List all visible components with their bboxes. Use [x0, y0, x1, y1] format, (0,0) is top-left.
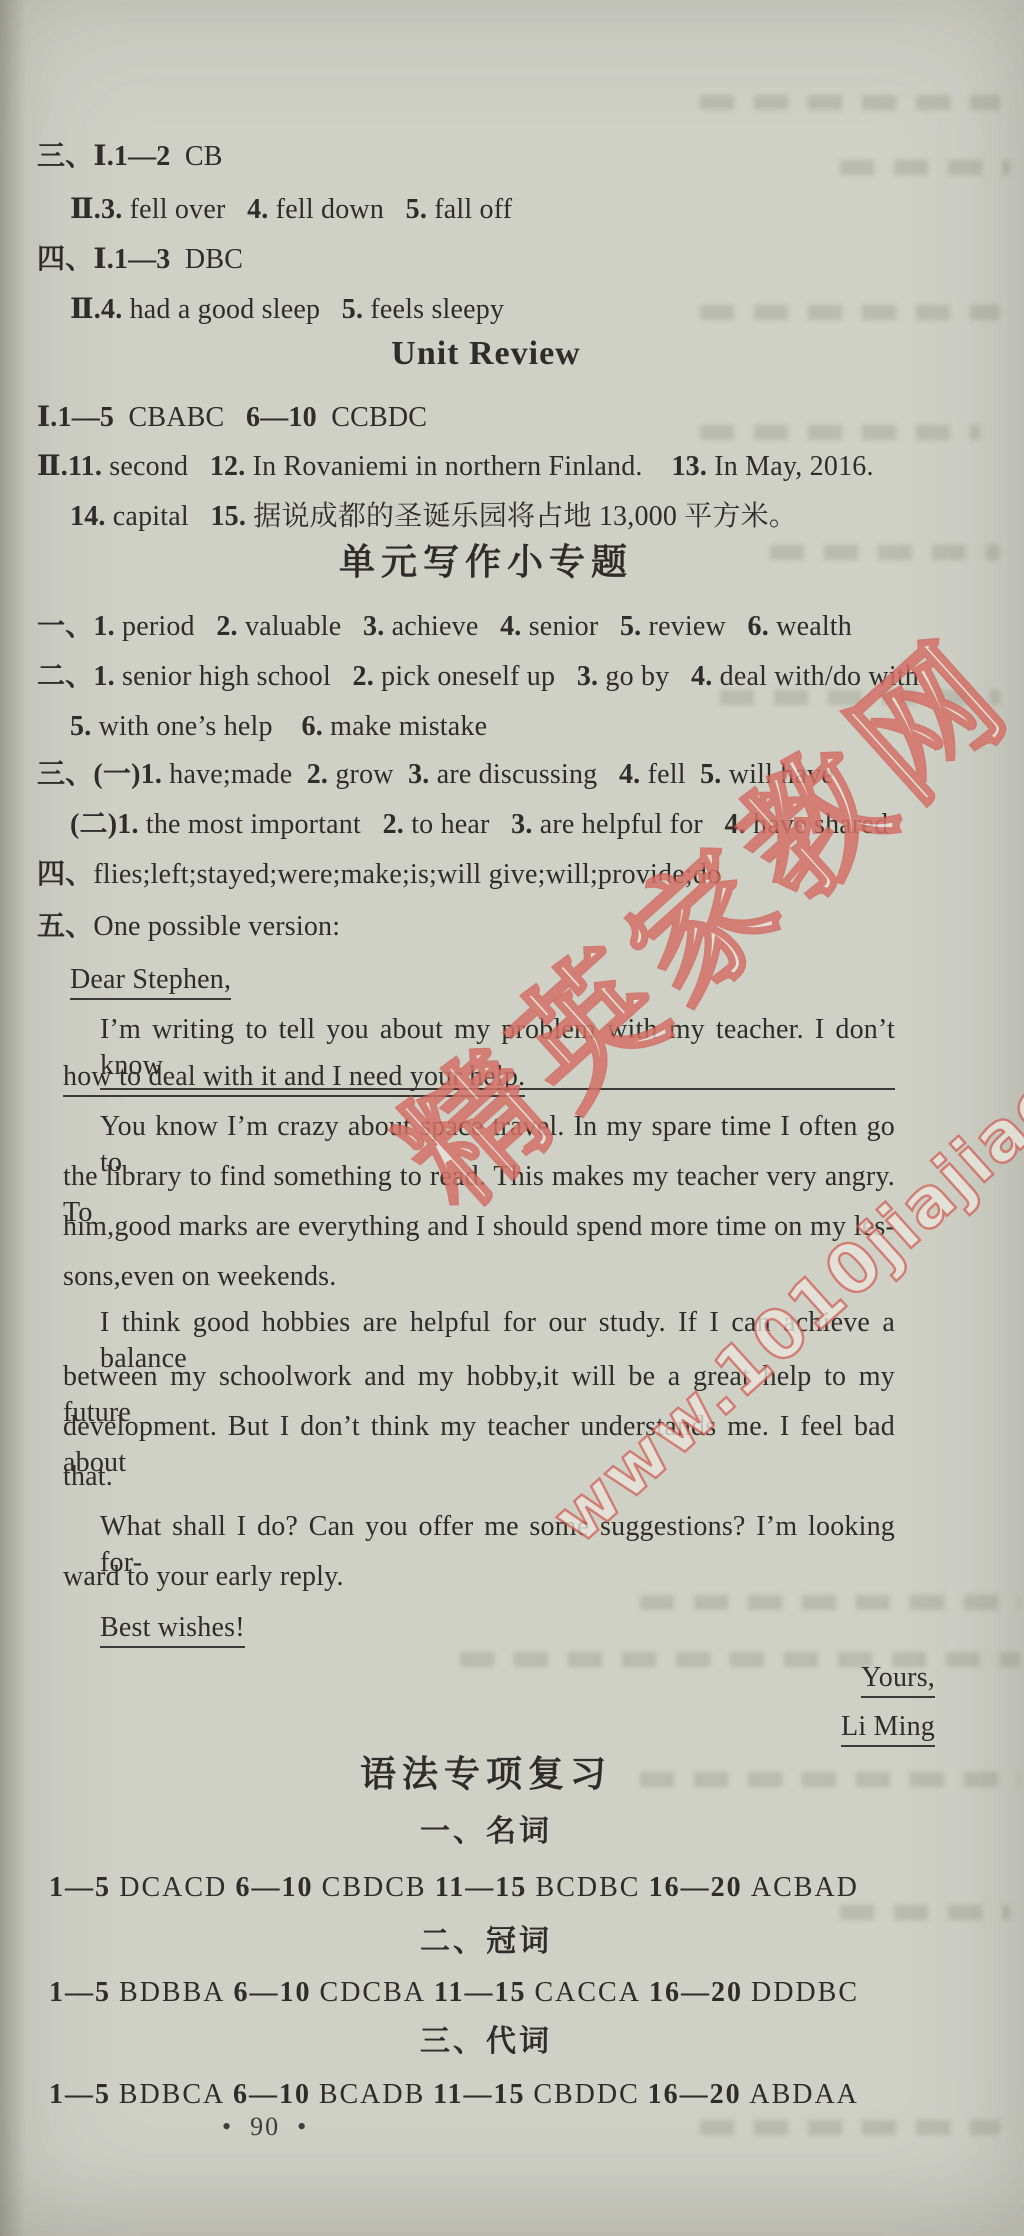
answer-row: 1—5DCACD6—10CBDCB11—15BCDBC16—20ACBAD	[49, 1870, 859, 1906]
essay-line: ward to your early reply.	[63, 1559, 344, 1595]
text-line: Ⅱ.3. fell over 4. fell down 5. fall off	[70, 192, 512, 228]
heading-articles: 二、冠词	[37, 1924, 935, 1960]
heading-nouns: 一、名词	[37, 1814, 935, 1850]
essay-line: Dear Stephen,	[70, 962, 231, 998]
answer-row: 5. with one’s help 6. make mistake	[70, 709, 487, 745]
answer-row: 四、flies;left;stayed;were;make;is;will gi…	[37, 857, 721, 893]
essay-line: sons,even on weekends.	[63, 1259, 336, 1295]
answer-row: 三、(一)1. have;made 2. grow 3. are discuss…	[37, 757, 834, 793]
essay-signature: Li Ming	[37, 1709, 935, 1745]
heading-unit-review: Unit Review	[37, 336, 935, 372]
page-number: • 90 •	[222, 2112, 308, 2142]
answer-row: 一、1. period 2. valuable 3. achieve 4. se…	[37, 609, 852, 645]
text-line: 五、One possible version:	[37, 909, 340, 945]
heading-grammar-review: 语法专项复习	[37, 1756, 935, 1792]
essay-line: how to deal with it and I need your help…	[63, 1059, 525, 1095]
answer-row: (二)1. the most important 2. to hear 3. a…	[70, 807, 888, 843]
text-line: 四、Ⅰ.1—3 DBC	[37, 242, 243, 278]
heading-pronouns: 三、代词	[37, 2024, 935, 2060]
answer-row: Ⅰ.1—5 CBABC 6—10 CCBDC	[37, 400, 427, 436]
answer-row: Ⅱ.11. second 12. In Rovaniemi in norther…	[37, 449, 874, 485]
answer-row: 二、1. senior high school 2. pick oneself …	[37, 659, 919, 695]
essay-line: development. But I don’t think my teache…	[63, 1409, 895, 1481]
text-line: Ⅱ.4. had a good sleep 5. feels sleepy	[70, 292, 504, 328]
heading-writing-topic: 单元写作小专题	[37, 544, 935, 580]
workbook-answer-page: 三、Ⅰ.1—2 CBⅡ.3. fell over 4. fell down 5.…	[0, 0, 1024, 2236]
text-line: 三、Ⅰ.1—2 CB	[37, 139, 223, 175]
answer-row: 14. capital 15. 据说成都的圣诞乐园将占地 13,000 平方米。	[70, 499, 797, 535]
essay-signature: Yours,	[37, 1660, 935, 1696]
essay-line: Best wishes!	[100, 1610, 245, 1646]
essay-line: him,good marks are everything and I shou…	[63, 1209, 895, 1245]
answer-text-layer: 三、Ⅰ.1—2 CBⅡ.3. fell over 4. fell down 5.…	[0, 0, 1024, 2236]
essay-line: that.	[63, 1459, 113, 1495]
answer-row: 1—5BDBBA6—10CDCBA11—15CACCA16—20DDDBC	[49, 1975, 859, 2011]
answer-row: 1—5BDBCA6—10BCADB11—15CBDDC16—20ABDAA	[49, 2077, 859, 2113]
